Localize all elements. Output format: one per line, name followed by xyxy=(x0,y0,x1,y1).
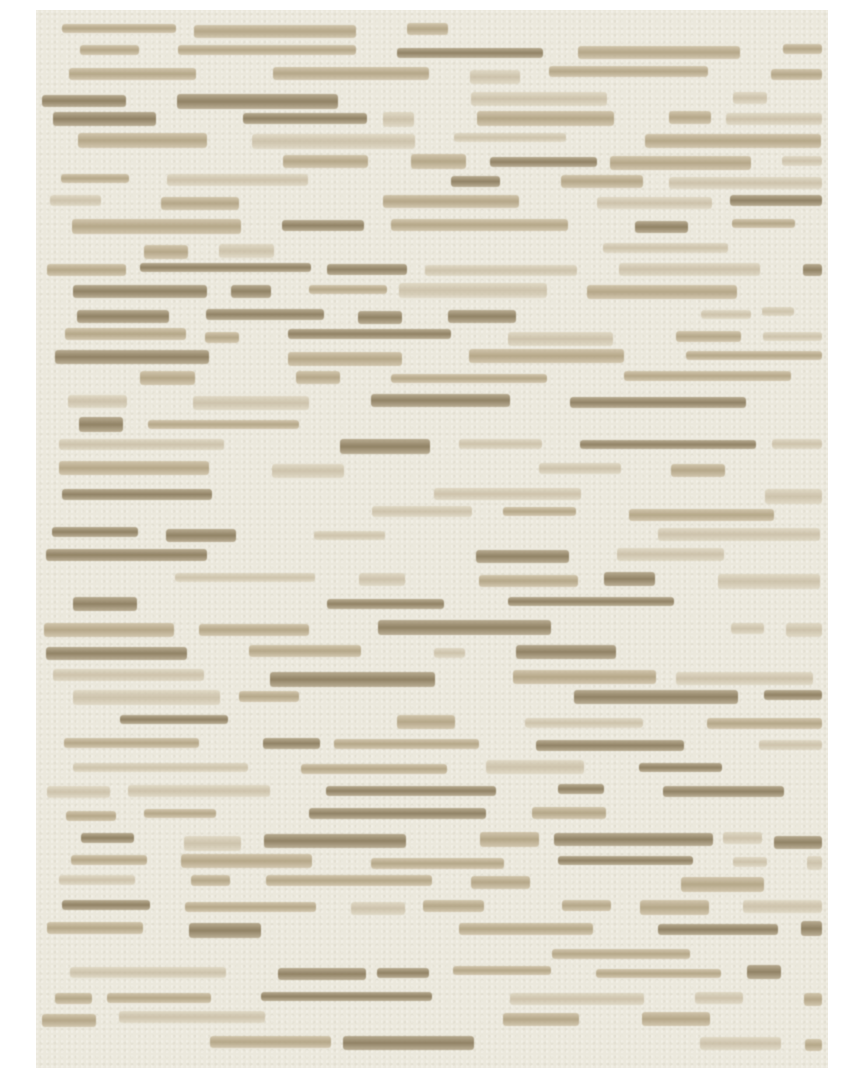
rug-stripe xyxy=(486,760,584,774)
rug-stripe xyxy=(79,417,123,431)
rug-stripe xyxy=(707,718,822,729)
rug-stripe xyxy=(603,243,728,253)
rug-stripe xyxy=(107,993,211,1003)
rug-stripe xyxy=(587,285,737,299)
rug-stripe xyxy=(676,672,813,685)
rug-stripe xyxy=(510,993,645,1004)
rug-stripe xyxy=(425,265,578,276)
rug-stripe xyxy=(66,811,116,821)
rug-stripe xyxy=(119,1011,265,1023)
rug-stripe xyxy=(411,154,466,169)
rug-stripe xyxy=(68,395,127,408)
rug-stripe xyxy=(801,921,822,936)
rug-stripe xyxy=(372,506,473,517)
rug-stripe xyxy=(476,550,569,563)
rug-stripe xyxy=(72,219,241,233)
rug-stripe xyxy=(783,44,822,53)
rug-stripe xyxy=(70,967,226,979)
rug-stripe xyxy=(120,715,228,725)
rug-stripe xyxy=(243,113,367,124)
rug-stripe xyxy=(639,763,722,772)
rug-stripe xyxy=(525,718,643,728)
rug-stripe xyxy=(658,528,821,540)
rug-stripe xyxy=(148,420,299,430)
rug-stripe xyxy=(508,332,614,346)
rug-stripe xyxy=(658,924,778,935)
rug-stripe xyxy=(562,900,611,911)
rug-stripe xyxy=(663,786,784,797)
rug-stripe xyxy=(47,786,110,799)
rug-stripe xyxy=(747,965,781,979)
rug-stripe xyxy=(62,489,212,500)
rug-stripe xyxy=(681,877,764,892)
rug-stripe xyxy=(731,623,763,634)
rug-stripe xyxy=(184,836,241,851)
rug-stripe xyxy=(804,993,822,1006)
rug-stripe xyxy=(459,923,593,935)
rug-stripe xyxy=(80,45,138,55)
rug-stripe xyxy=(723,832,762,844)
rug-stripe xyxy=(503,1013,578,1027)
rug-stripe xyxy=(59,439,224,450)
rug-stripe xyxy=(686,351,822,361)
rug-stripe xyxy=(597,197,712,209)
rug-stripe xyxy=(469,349,624,363)
rug-stripe xyxy=(743,900,822,913)
rug-stripe xyxy=(624,371,790,381)
rug-stripe xyxy=(764,690,822,700)
rug-stripe xyxy=(343,1036,474,1050)
rug-stripe xyxy=(516,645,616,659)
rug-stripe xyxy=(166,529,237,542)
rug-stripe xyxy=(765,489,822,504)
rug-stripe xyxy=(278,968,366,980)
rug-stripe xyxy=(194,25,356,38)
rug-stripe xyxy=(730,195,822,206)
rug-stripe xyxy=(477,111,615,125)
rug-stripe xyxy=(701,310,751,319)
rug-stripe xyxy=(774,836,822,849)
rug-stripe xyxy=(288,329,450,340)
rug-stripe xyxy=(78,133,207,148)
rug-stripe xyxy=(69,68,196,80)
rug-stripe xyxy=(273,67,429,80)
rug-stripe xyxy=(700,1037,781,1050)
rug-stripe xyxy=(219,244,274,258)
rug-stripe xyxy=(434,648,466,657)
rug-stripe xyxy=(210,1036,331,1048)
rug-stripe xyxy=(448,310,515,323)
rug-stripe xyxy=(73,690,220,704)
rug-stripe xyxy=(532,807,607,818)
rug-stripe xyxy=(383,112,414,127)
rug-stripe xyxy=(191,875,230,886)
rug-stripe xyxy=(351,902,406,916)
rug-stripe xyxy=(61,174,129,183)
rug-stripe xyxy=(407,23,448,35)
rug-stripe xyxy=(397,48,543,58)
rug-stripe xyxy=(327,264,406,275)
rug-stripe xyxy=(64,738,199,748)
rug-stripe xyxy=(73,285,207,299)
rug-stripe xyxy=(71,855,147,864)
rug-stripe xyxy=(55,350,209,363)
rug-stripe xyxy=(399,283,547,298)
rug-stripe xyxy=(252,134,415,148)
rug-stripe xyxy=(610,156,751,170)
rug-stripe xyxy=(558,856,692,865)
rug-stripe xyxy=(669,111,711,124)
rug-stripe xyxy=(391,219,568,231)
rug-stripe xyxy=(301,764,447,774)
rug-stripe xyxy=(62,900,150,910)
rug-stripe xyxy=(161,197,239,210)
rug-stripe xyxy=(263,738,320,748)
rug-stripe xyxy=(695,992,743,1004)
rug-stripe xyxy=(453,966,550,975)
rug-stripe xyxy=(377,968,429,979)
rug-stripe xyxy=(167,174,308,185)
rug-stripe xyxy=(459,439,542,449)
rug-stripe xyxy=(617,548,725,561)
rug-stripe xyxy=(53,112,156,126)
rug-stripe xyxy=(554,833,712,847)
rug-stripe xyxy=(239,691,299,702)
rug-stripe xyxy=(177,94,338,108)
rug-stripe xyxy=(77,310,169,322)
rug-stripe xyxy=(327,599,444,609)
rug-stripe xyxy=(371,858,504,869)
rug-stripe xyxy=(508,597,674,606)
rug-stripe xyxy=(471,92,607,106)
rug-stripe xyxy=(570,397,747,408)
rug-stripe xyxy=(561,175,643,188)
rug-stripe xyxy=(383,195,519,207)
rug-stripe xyxy=(264,834,406,848)
rug-stripe xyxy=(55,993,92,1004)
rug-stripe xyxy=(140,263,311,273)
rug-stripe xyxy=(296,371,340,384)
rug-stripe xyxy=(249,645,361,657)
rug-stripe xyxy=(42,95,126,107)
rug-stripe xyxy=(578,46,741,60)
rug-stripe xyxy=(358,311,402,324)
rug-stripe xyxy=(782,156,822,166)
rug-stripe xyxy=(786,623,822,638)
rug-stripe xyxy=(46,647,187,659)
rug-stripe xyxy=(199,624,310,636)
rug-stripe xyxy=(574,690,738,704)
rug-stripe xyxy=(763,332,822,341)
rug-stripe xyxy=(513,670,656,684)
rug-stripe xyxy=(73,763,248,772)
rug-stripe xyxy=(771,69,822,80)
rug-stripe xyxy=(726,113,822,125)
rug-stripe xyxy=(59,875,136,884)
rug-stripe xyxy=(309,808,486,820)
rug-stripe xyxy=(178,45,356,55)
rug-stripe xyxy=(629,509,774,521)
rug-stripe xyxy=(732,219,794,228)
rug-stripe xyxy=(59,461,209,474)
rug-stripe xyxy=(47,922,143,934)
rug-stripe xyxy=(619,263,760,276)
rug-stripe xyxy=(718,574,820,588)
rug-stripe xyxy=(231,285,271,298)
rug-stripe xyxy=(471,876,530,889)
rug-stripe xyxy=(44,623,174,637)
rug-stripe xyxy=(676,331,740,342)
rug-stripe xyxy=(803,264,822,276)
rug-stripe xyxy=(283,155,368,168)
rug-stripe xyxy=(669,177,822,188)
rug-stripe xyxy=(596,969,721,978)
rug-stripe xyxy=(503,507,576,516)
rug-stripe xyxy=(762,307,795,316)
rug-stripe xyxy=(549,66,708,77)
rug-stripe xyxy=(604,572,655,586)
rug-stripe xyxy=(189,923,261,938)
rug-stripe xyxy=(807,856,822,871)
rug-stripe xyxy=(185,902,315,912)
rug-stripe xyxy=(309,285,387,294)
rug-stripe xyxy=(193,396,309,410)
rug-stripe xyxy=(53,669,204,681)
rug-stripe xyxy=(536,740,684,751)
rug-stripe xyxy=(181,854,311,868)
rug-stripe xyxy=(470,70,520,85)
rug-stripe xyxy=(733,857,767,867)
rug-stripe xyxy=(42,1014,96,1028)
rug-stripe xyxy=(128,785,270,797)
rug-stripe xyxy=(552,949,690,959)
rug-stripe xyxy=(140,371,195,384)
rug-stripe xyxy=(73,597,138,612)
rug-stripe xyxy=(282,220,364,231)
rug-stripe xyxy=(423,900,484,912)
rug xyxy=(36,10,828,1068)
rug-stripe xyxy=(645,134,821,148)
rug-stripe xyxy=(314,531,385,541)
rug-stripe xyxy=(52,527,138,537)
rug-stripe xyxy=(480,832,539,847)
rug-stripe xyxy=(733,92,766,104)
rug-stripe xyxy=(288,352,402,366)
rug-stripe xyxy=(205,332,239,343)
rug-stripe xyxy=(671,464,724,478)
rug-stripe xyxy=(65,328,187,340)
rug-stripe xyxy=(378,620,551,635)
rug-stripe xyxy=(144,245,187,259)
rug-stripe xyxy=(558,784,604,793)
rug-stripe xyxy=(490,157,597,167)
rug-stripe xyxy=(759,740,822,750)
rug-stripe xyxy=(270,672,434,686)
rug-stripe xyxy=(539,463,621,474)
rug-stripe xyxy=(46,549,207,561)
rug-stripe xyxy=(434,488,581,501)
rug-stripe xyxy=(580,440,756,450)
rug-stripe xyxy=(640,900,708,915)
rug-stripe xyxy=(144,809,216,818)
rug-stripe xyxy=(359,573,404,587)
rug-stripe xyxy=(206,309,325,320)
rug-stripe xyxy=(340,439,430,454)
rug-stripe xyxy=(334,739,479,749)
rug-stripe xyxy=(81,833,134,843)
rug-stripe xyxy=(391,374,547,384)
rug-stripe xyxy=(397,715,455,730)
rug-stripe xyxy=(371,394,510,407)
rug-stripe xyxy=(805,1039,822,1051)
rug-stripe xyxy=(47,264,126,276)
rug-stripe xyxy=(454,133,566,142)
rug-stripe xyxy=(272,464,343,479)
rug-stripe xyxy=(50,195,100,206)
rug-stripe xyxy=(326,786,496,797)
rug-stripe xyxy=(772,439,822,449)
rug-stripe xyxy=(266,875,432,886)
rug-stripe xyxy=(479,575,578,588)
rug-stripe xyxy=(62,24,176,33)
rug-stripe xyxy=(261,992,431,1001)
rug-stripe xyxy=(635,221,688,233)
rug-stripe xyxy=(175,573,315,582)
rug-stripe xyxy=(642,1012,710,1025)
rug-stripe xyxy=(451,176,500,187)
